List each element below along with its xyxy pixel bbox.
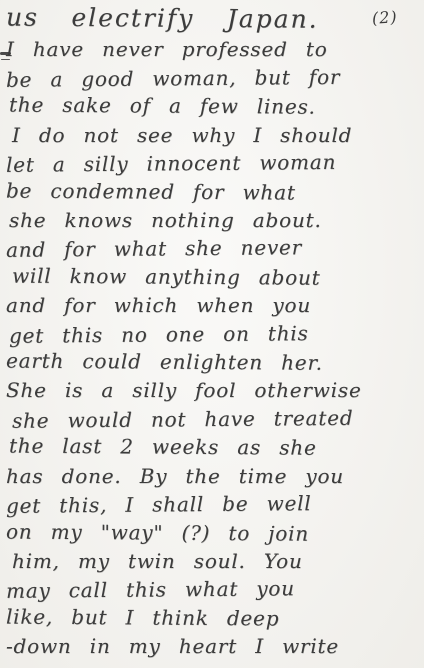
handwriting-line: be condemned for what bbox=[6, 176, 422, 207]
handwriting-line: be a good woman, but for bbox=[6, 62, 422, 94]
handwriting-line: get this no one on this bbox=[9, 318, 422, 350]
letter-page: (2) us electrify Japan. I have never pro… bbox=[0, 0, 424, 668]
handwriting-line: will know anything about bbox=[12, 261, 422, 292]
handwriting-line: she would not have treated bbox=[12, 403, 422, 435]
handwriting-line: I do not see why I should bbox=[12, 121, 422, 149]
handwriting-line: let a silly innocent woman bbox=[6, 147, 422, 179]
handwriting-line: earth could enlighten her. bbox=[6, 347, 422, 378]
handwriting-line: She is a silly fool otherwise bbox=[6, 376, 422, 404]
handwriting-line: and for which when you bbox=[6, 291, 422, 319]
handwriting-line: I have never professed to bbox=[6, 34, 422, 64]
handwriting-line: on my "way" (?) to join bbox=[6, 517, 422, 548]
handwriting-line: like, but I think deep bbox=[6, 602, 422, 633]
handwriting-line: -down in my heart I write bbox=[6, 632, 422, 660]
handwriting-line: and for what she never bbox=[6, 233, 422, 265]
handwriting-line: him, my twin soul. You bbox=[12, 547, 422, 575]
handwriting-line: us electrify Japan. bbox=[6, 3, 422, 36]
handwriting-line: she knows nothing about. bbox=[9, 206, 422, 234]
letter-body: us electrify Japan. I have never profess… bbox=[6, 4, 422, 661]
handwriting-line: get this, I shall be well bbox=[6, 488, 422, 520]
handwriting-line: the sake of a few lines. bbox=[9, 91, 422, 122]
handwriting-line: has done. By the time you bbox=[6, 462, 422, 490]
handwriting-line: may call this what you bbox=[6, 573, 422, 605]
handwriting-line: the last 2 weeks as she bbox=[9, 432, 422, 463]
